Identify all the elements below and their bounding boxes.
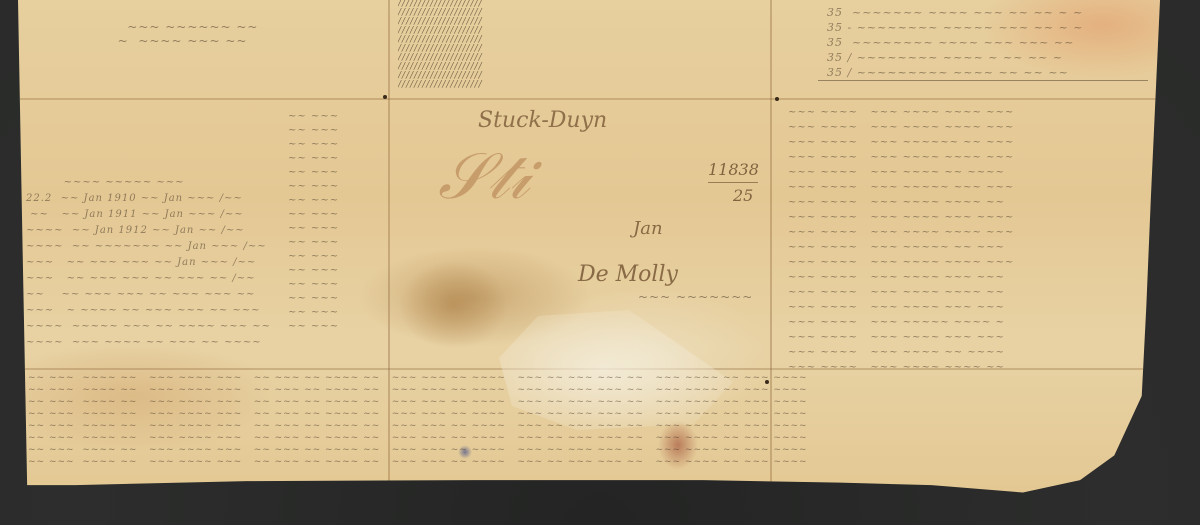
top-right-ledger: 35 ~~~~~~~ ~~~~ ~~~ ~~ ~~ ~ ~ 35 - ~~~~~… [818,5,1148,90]
water-stain [398,260,508,350]
center-signature: De Molly [578,262,678,287]
center-number: 11838 [708,160,759,179]
pin-hole [775,97,779,101]
left-ledger-rows: ~~~~ ~~~~~ ~~~ 22.2 ~~ Jan 1910 ~~ Jan ~… [26,175,286,365]
top-center-entries: ///////////////////// //////////////////… [398,0,528,92]
center-heading: Stuck-Duyn [478,108,607,133]
right-ledger-columns: ~~~ ~~~~ ~~~ ~~~~ ~~~~ ~~~ ~~~ ~~~~ ~~~ … [788,105,1148,375]
bottom-numerical-columns: ~~ ~~~ ~~~~ ~~ ~~~ ~~~~ ~~~ ~~ ~~~ ~~ ~~… [28,372,1128,482]
parchment-document: ~~~ ~~~~~~ ~~ ~ ~~~~ ~~~ ~~ ////////////… [18,0,1160,495]
ledger-rule [818,80,1148,81]
center-signature-subline: ~~~ ~~~~~~~ [638,290,778,310]
signature-flourish: 𝒮𝓉𝒾 [438,140,530,214]
left-inner-column: ~~ ~~~ ~~ ~~~ ~~ ~~~ ~~ ~~~ ~~ ~~~ ~~ ~~… [288,110,383,360]
top-left-note: ~~~ ~~~~~~ ~~ ~ ~~~~ ~~~ ~~ [108,20,328,80]
center-subnumber: 25 [733,186,753,205]
number-underline [708,182,758,183]
pin-hole [383,95,387,99]
fold-line-horizontal-top [18,98,1160,100]
center-date: Jan [633,218,663,239]
